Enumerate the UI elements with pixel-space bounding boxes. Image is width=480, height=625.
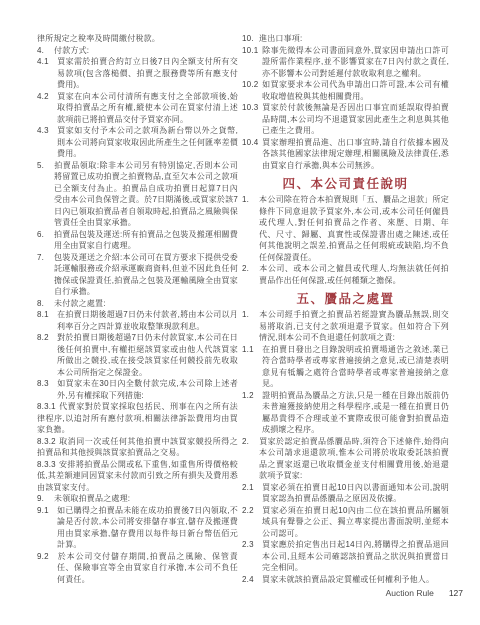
item-number: 8.3 [37,378,57,390]
list-item: 2.1買家必須在拍賣日起10日內以書面通知本公司,說明買家認為拍賣品係贗品之原因… [242,482,449,505]
item-number: 2. [242,436,259,448]
item-number: 1.2 [242,390,262,402]
item-number: 8.3.2 [37,437,56,446]
item-number: 2.4 [242,574,262,586]
item-number: 1. [242,194,259,206]
item-number: 7. [37,252,54,264]
item-number: 4.2 [37,91,57,103]
item-number: 10.3 [242,102,262,114]
list-item: 6.拍賣品包裝及運送:所有拍賣品之包裝及搬運相關費用全由買家自行處理。 [37,229,238,252]
continuation-line: 律所規定之稅率及時間繳付稅款。 [37,33,238,45]
item-number: 10.1 [242,45,262,57]
item-number: 8.1 [37,309,57,321]
item-number: 4. [37,45,54,57]
section-heading: 四、本公司責任說明 [242,177,449,191]
list-item: 1.本公司經手拍賣之拍賣品若經證實為贗品無誤,則交易將取消,已支付之款項退還予買… [242,309,449,344]
document-page: 律所規定之稅率及時間繳付稅款。4.付款方式:4.1買家需於拍賣合約訂立日後7日內… [0,0,480,625]
item-number: 2. [242,263,259,275]
item-number: 10.2 [242,79,262,91]
item-number: 10. [242,33,259,45]
list-item: 2.2買家必須在拍賣日起10內由二位在該拍賣品所屬領域具有聲譽之公正、獨立專家提… [242,505,449,540]
list-item: 8.2對於拍賣日期後超過7日仍未付款買家,本公司在日後任何拍賣中,有權拒絕該買家… [37,332,238,378]
list-item: 4.付款方式: [37,45,238,57]
item-number: 4.1 [37,56,57,68]
list-item: 2.本公司、或本公司之僱員或代理人,均無法就任何拍賣品作出任何保證,或任何種類之… [242,263,449,286]
item-number: 4.3 [37,125,57,137]
list-item: 10.進出口事項: [242,33,449,45]
item-number: 6. [37,229,54,241]
footer-label: Auction Rule [386,588,434,598]
list-item: 10.2如買家要求本公司代為申請出口許可證,本公司有權收取增值稅與其他相關費用。 [242,79,449,102]
item-number: 2.2 [242,505,262,517]
list-item: 10.1除事先徵得本公司書面同意外,買家因申請出口許可證所需作業程序,並不影響買… [242,45,449,80]
item-number: 9.2 [37,551,57,563]
item-number: 10.4 [242,137,262,149]
list-item: 10.3買家於付款後無論是否因出口事宜而延誤取得拍賣品時間,本公司均不退還買家因… [242,102,449,137]
list-item: 9.未領取拍賣品之處理: [37,493,238,505]
item-number: 9.1 [37,505,57,517]
item-number: 8.3.1 [37,402,56,411]
list-item: 4.3買家如支付予本公司之款項為新台幣以外之貨幣,則本公司將向買家收取因此所產生… [37,125,238,160]
item-number: 5. [37,160,54,172]
list-item: 4.1買家需於拍賣合約訂立日後7日內全額支付所有交易款項(包含落槌價、拍賣之服務… [37,56,238,91]
list-item: 10.4買家辦理拍賣品進、出口事宜時,請自行依據本國及各該其他國家法律規定辦理,… [242,137,449,172]
item-number: 8.3.3 [37,460,56,469]
list-item: 2.4買家未就該拍賣品設定質權或任何權利予他人。 [242,574,449,586]
list-item: 8.3.3安排將拍賣品公開或私下重售,如重售所得價格較低,其差額連同因買家未付款… [37,459,238,494]
item-number: 2.3 [242,539,262,551]
item-number: 9. [37,493,54,505]
list-item: 2.買家於認定拍賣品係贗品時,須符合下述條件,始得向本公司請求退還款項,惟本公司… [242,436,449,482]
list-item: 8.未付款之處置: [37,298,238,310]
left-column: 律所規定之稅率及時間繳付稅款。4.付款方式:4.1買家需於拍賣合約訂立日後7日內… [37,33,238,585]
list-item: 8.3.1代賣家對於買家採取包括民、刑事在內之所有法律程序,以追討所有應付款項,… [37,401,238,436]
item-number: 8. [37,298,54,310]
list-item: 2.3買家應於拍定售出日起14日內,將購得之拍賣品退回本公司,且經本公司確認該拍… [242,539,449,574]
list-item: 7.包裝及運送之介紹:本公司可在買方要求下提供受委託運輸服務或介紹承運廠商資料,… [37,252,238,298]
page-footer: Auction Rule 127 [386,588,463,598]
right-column: 10.進出口事項:10.1除事先徵得本公司書面同意外,買家因申請出口許可證所需作… [242,33,449,585]
item-number: 2.1 [242,482,262,494]
list-item: 1.本公司除在符合本拍賣規則「五、贗品之退款」所定條件下同意退款予買家外,本公司… [242,194,449,263]
list-item: 8.3.2取消同一次或任何其他拍賣中該買家競投所得之拍賣品和其他授與該買家拍賣品… [37,436,238,459]
page-number: 127 [449,588,463,598]
list-item: 8.1在拍賣日期後超過7日仍未付款者,將由本公司以月利率百分之四計算並收取整筆現… [37,309,238,332]
item-number: 8.2 [37,332,57,344]
list-item: 8.3如買家未在30日內全數付款完成,本公司除上述者外,另有權採取下列措施: [37,378,238,401]
list-item: 1.2證明拍賣品為贗品之方法,只是一種在目錄出版前仍未普遍獲接納使用之科學程序,… [242,390,449,436]
list-item: 1.1在拍賣日發出之目錄說明或拍賣場通告之敘述,業已符合當時學者或專家普遍接納之… [242,344,449,390]
item-number: 1. [242,309,259,321]
item-number: 1.1 [242,344,262,356]
list-item: 4.2買家在向本公司付清所有應支付之全部款項後,始取得拍賣品之所有權,縱使本公司… [37,91,238,126]
list-item: 5.拍賣品領取:除非本公司另有特別協定,否則本公司將留置已成功拍賣之拍賣物品,直… [37,160,238,229]
list-item: 9.2於本公司交付儲存期間,拍賣品之風險、保管責任、保險事宜等全由買家自行承擔,… [37,551,238,586]
list-item: 9.1如已購得之拍賣品未能在成功拍賣後7日內領取,不論是否付款,本公司將安排儲存… [37,505,238,551]
section-heading: 五、贗品之處置 [242,292,449,306]
